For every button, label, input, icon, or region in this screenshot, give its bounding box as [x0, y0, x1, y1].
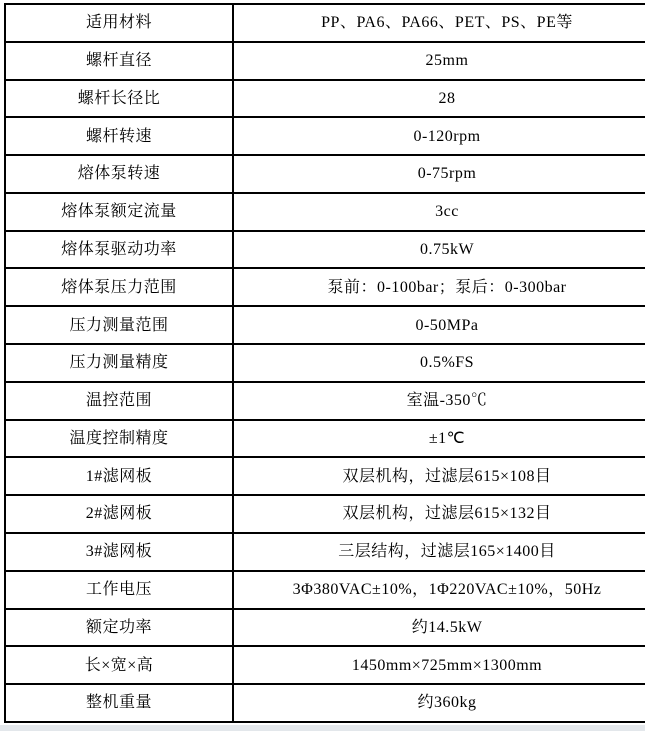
table-row: 2#滤网板 双层机构，过滤层615×132目: [5, 495, 645, 533]
spec-value: PP、PA6、PA66、PET、PS、PE等: [233, 4, 645, 42]
spec-label: 温度控制精度: [5, 420, 233, 458]
table-row: 适用材料 PP、PA6、PA66、PET、PS、PE等: [5, 4, 645, 42]
spec-label: 螺杆长径比: [5, 80, 233, 118]
spec-label: 压力测量精度: [5, 344, 233, 382]
spec-value: 0.5%FS: [233, 344, 645, 382]
spec-value: 3Φ380VAC±10%，1Φ220VAC±10%，50Hz: [233, 571, 645, 609]
table-row: 额定功率 约14.5kW: [5, 609, 645, 647]
spec-label: 压力测量范围: [5, 306, 233, 344]
bottom-strip: [0, 725, 645, 731]
table-row: 整机重量 约360kg: [5, 684, 645, 722]
spec-value: 三层结构，过滤层165×1400目: [233, 533, 645, 571]
spec-value: 0-120rpm: [233, 117, 645, 155]
table-row: 熔体泵额定流量 3cc: [5, 193, 645, 231]
spec-value: 约14.5kW: [233, 609, 645, 647]
spec-label: 熔体泵压力范围: [5, 268, 233, 306]
spec-label: 整机重量: [5, 684, 233, 722]
spec-label: 熔体泵驱动功率: [5, 231, 233, 269]
table-row: 熔体泵驱动功率 0.75kW: [5, 231, 645, 269]
spec-value: ±1℃: [233, 420, 645, 458]
table-row: 熔体泵转速 0-75rpm: [5, 155, 645, 193]
spec-label: 额定功率: [5, 609, 233, 647]
spec-sheet-page: 适用材料 PP、PA6、PA66、PET、PS、PE等 螺杆直径 25mm 螺杆…: [0, 0, 645, 731]
spec-label: 2#滤网板: [5, 495, 233, 533]
table-row: 螺杆长径比 28: [5, 80, 645, 118]
table-row: 工作电压 3Φ380VAC±10%，1Φ220VAC±10%，50Hz: [5, 571, 645, 609]
spec-value: 约360kg: [233, 684, 645, 722]
spec-value: 3cc: [233, 193, 645, 231]
table-row: 长×宽×高 1450mm×725mm×1300mm: [5, 646, 645, 684]
spec-value: 25mm: [233, 42, 645, 80]
spec-label: 3#滤网板: [5, 533, 233, 571]
spec-label: 温控范围: [5, 382, 233, 420]
table-row: 压力测量范围 0-50MPa: [5, 306, 645, 344]
spec-value: 0.75kW: [233, 231, 645, 269]
spec-label: 熔体泵额定流量: [5, 193, 233, 231]
spec-label: 长×宽×高: [5, 646, 233, 684]
spec-label: 螺杆转速: [5, 117, 233, 155]
spec-table: 适用材料 PP、PA6、PA66、PET、PS、PE等 螺杆直径 25mm 螺杆…: [4, 3, 645, 723]
table-row: 压力测量精度 0.5%FS: [5, 344, 645, 382]
spec-value: 双层机构，过滤层615×108目: [233, 457, 645, 495]
spec-value: 泵前：0-100bar；泵后：0-300bar: [233, 268, 645, 306]
spec-value: 0-75rpm: [233, 155, 645, 193]
spec-value: 1450mm×725mm×1300mm: [233, 646, 645, 684]
spec-label: 适用材料: [5, 4, 233, 42]
spec-label: 螺杆直径: [5, 42, 233, 80]
spec-label: 熔体泵转速: [5, 155, 233, 193]
spec-label: 工作电压: [5, 571, 233, 609]
table-row: 熔体泵压力范围 泵前：0-100bar；泵后：0-300bar: [5, 268, 645, 306]
table-row: 螺杆直径 25mm: [5, 42, 645, 80]
spec-value: 室温-350℃: [233, 382, 645, 420]
spec-label: 1#滤网板: [5, 457, 233, 495]
spec-value: 双层机构，过滤层615×132目: [233, 495, 645, 533]
table-row: 温度控制精度 ±1℃: [5, 420, 645, 458]
table-row: 温控范围 室温-350℃: [5, 382, 645, 420]
table-row: 3#滤网板 三层结构，过滤层165×1400目: [5, 533, 645, 571]
spec-value: 28: [233, 80, 645, 118]
spec-value: 0-50MPa: [233, 306, 645, 344]
table-row: 螺杆转速 0-120rpm: [5, 117, 645, 155]
spec-table-body: 适用材料 PP、PA6、PA66、PET、PS、PE等 螺杆直径 25mm 螺杆…: [5, 4, 645, 722]
table-row: 1#滤网板 双层机构，过滤层615×108目: [5, 457, 645, 495]
